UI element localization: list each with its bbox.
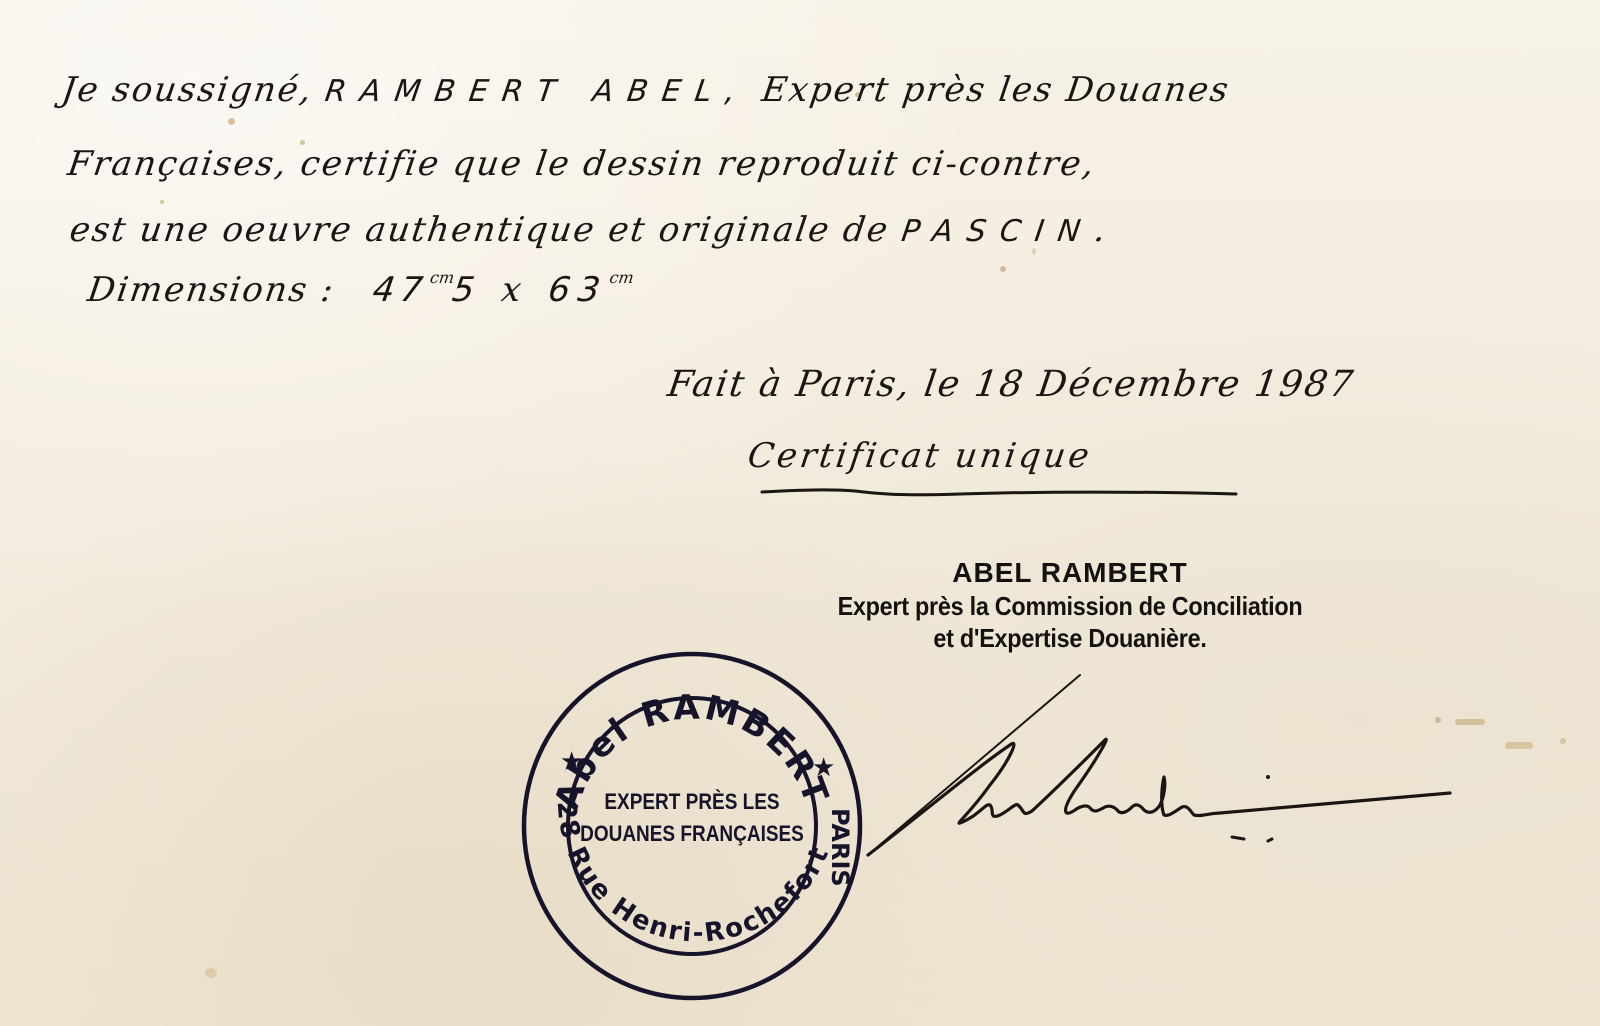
artist-name: PASCIN <box>899 214 1096 249</box>
dimension-width-unit: cm <box>429 268 456 287</box>
underline-stroke <box>760 484 1240 498</box>
foxing-stain <box>228 118 235 125</box>
official-stamp: Abel RAMBERT 28 Rue Henri-Rochefort, 750… <box>520 648 865 1003</box>
stamp-city-text: PARIS <box>826 808 854 887</box>
dimension-height: 63 <box>546 270 611 310</box>
foxing-stain <box>160 200 164 204</box>
foxing-stain <box>1560 738 1566 744</box>
stamp-center-line-2: DOUANES FRANÇAISES <box>580 822 804 847</box>
foxing-stain <box>1000 266 1006 272</box>
signature-signer: A. Rambert <box>860 665 866 666</box>
certificate-note: Certificat unique <box>745 436 1094 476</box>
star-icon: ★ <box>560 747 583 777</box>
body-line-1: Je soussigné, RAMBERT ABEL, Expert près … <box>59 70 1232 110</box>
stamp-center-line-1: EXPERT PRÈS LES <box>604 790 779 815</box>
place-date: Fait à Paris, le 18 Décembre 1987 <box>665 364 1357 405</box>
dimensions-label: Dimensions : <box>85 270 337 310</box>
letterhead-title-1: Expert près la Commission de Conciliatio… <box>737 590 1403 622</box>
body-authenticity: est une oeuvre authentique et originale … <box>67 210 892 250</box>
star-icon: ★ <box>812 753 835 783</box>
body-line-4-dimensions: Dimensions : 47cm5 x 63cm <box>85 268 635 310</box>
foxing-stain <box>205 968 217 978</box>
dimension-width-fraction: 5 <box>450 270 479 310</box>
signature: A. Rambert <box>860 665 1460 865</box>
body-line-2: Françaises, certifie que le dessin repro… <box>65 144 1098 184</box>
dimension-height-unit: cm <box>608 268 635 287</box>
expert-letterhead: ABEL RAMBERT Expert près la Commission d… <box>700 556 1440 654</box>
times-sign: x <box>499 270 526 310</box>
letterhead-name: ABEL RAMBERT <box>700 556 1440 590</box>
foxing-stain <box>1505 742 1533 749</box>
dimension-width: 47 <box>370 270 431 310</box>
body-intro: Je soussigné, <box>59 70 315 110</box>
body-line-3: est une oeuvre authentique et originale … <box>67 210 1110 250</box>
body-expert-title: Expert près les Douanes <box>759 70 1232 110</box>
expert-name-handwritten: RAMBERT ABEL, <box>323 74 752 109</box>
